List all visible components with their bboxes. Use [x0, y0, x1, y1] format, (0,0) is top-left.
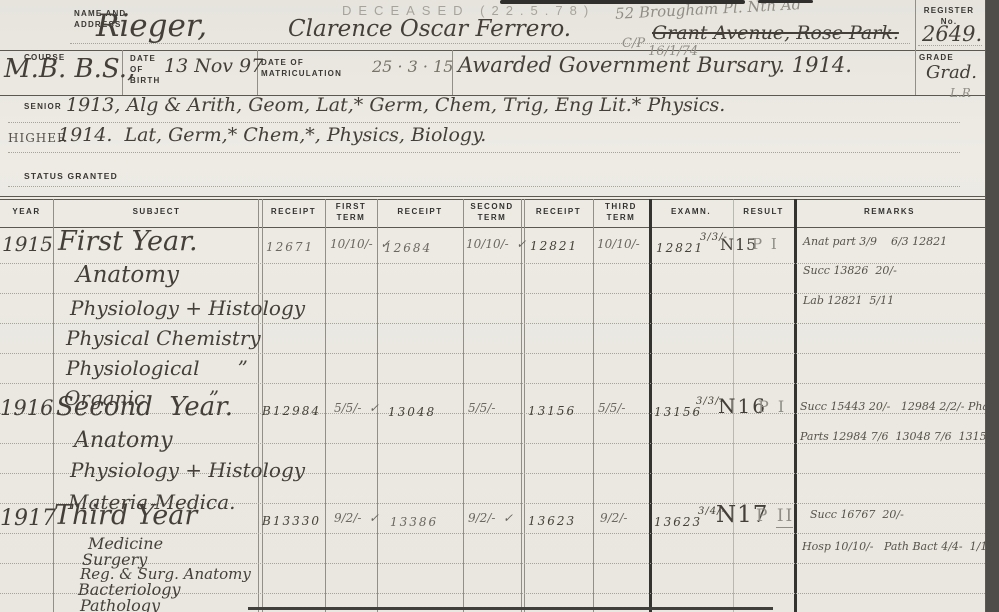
senior-subjects-handwritten: 1913, Alg & Arith, Geom, Lat,* Germ, Che… [66, 94, 725, 116]
column-divider [325, 199, 326, 612]
column-header-examn: Examn. [649, 206, 733, 217]
remarks-line: Succ 13826 20/- [803, 264, 897, 277]
receipt-value: 12684 [384, 241, 432, 255]
column-header-receipt: Receipt [262, 206, 325, 217]
status-granted-label: STATUS GRANTED [24, 171, 118, 182]
course-handwritten: M.B. B.S., [4, 54, 135, 84]
column-header-receipt: Receipt [524, 206, 593, 217]
column-header-third-term: Third Term [593, 201, 649, 223]
subject-line: Pathology [80, 596, 160, 612]
term-fee-value: 10/10/- ✓ [466, 237, 526, 251]
matriculation-label: DATE OF MATRICULATION [261, 57, 357, 79]
grade-handwritten: Grad. [926, 62, 977, 83]
scan-edge-bottom [248, 607, 773, 610]
column-divider [463, 199, 464, 612]
receipt-value: 12671 [266, 240, 314, 254]
result-pencil: P I [752, 235, 779, 253]
subject-line: Physical Chemistry [66, 326, 261, 350]
register-column-divider [915, 0, 916, 95]
rule-line [8, 152, 960, 153]
term-fee-value: 10/10/- ✓ [330, 237, 390, 251]
receipt-value: 13623 [528, 514, 576, 528]
column-header-subject: Subject [53, 206, 260, 217]
rule-line [0, 323, 985, 324]
column-divider-heavy [649, 199, 652, 612]
remarks-line: Parts 12984 7/6 13048 7/6 13156 7/6 [800, 430, 999, 443]
column-header-first-term: First Term [325, 201, 377, 223]
table-top-line [0, 199, 985, 200]
bursary-note: Awarded Government Bursary. 1914. [458, 53, 852, 77]
column-header-second-term: Second Term [463, 201, 521, 223]
term-fee-value: 5/5/- [598, 401, 625, 415]
surname-handwritten: Rieger, [96, 8, 207, 44]
receipt-value: B13330 [262, 514, 321, 528]
term-fee-value: 5/5/- ✓ [334, 401, 379, 415]
term-fee-value: 9/2/- ✓ [334, 511, 379, 525]
column-divider-heavy [794, 199, 797, 612]
remarks-line: Lab 12821 5/11 [803, 294, 894, 307]
column-divider [593, 199, 594, 612]
student-record-card: NAME AND ADDRESS Rieger, Clarence Oscar … [0, 0, 999, 612]
remarks-line: Hosp 10/10/- Path Bact 4/4- 1/1 13330 [802, 540, 999, 553]
result-pencil: P I [758, 397, 786, 416]
column-header-remarks: Remarks [794, 206, 985, 217]
subject-line: Physiology + Histology [70, 458, 305, 482]
rule-line [0, 383, 985, 384]
struck-address: Grant Avenue, Rose Park. [652, 22, 899, 44]
rule-line [8, 186, 960, 187]
subject-line: Physiological ” [66, 356, 248, 380]
receipt-value: 13048 [388, 405, 436, 419]
column-divider [521, 199, 522, 612]
year-value: 1917 [0, 506, 56, 531]
result-pencil: P II [756, 506, 794, 526]
examn-number: 12821 [656, 241, 704, 255]
year-value: 1916 [0, 396, 53, 420]
examn-number: 13623 [654, 515, 702, 529]
examn-number: 13156 [654, 405, 702, 419]
remarks-line: Succ 15443 20/- 12984 2/2/- Pharm [800, 400, 999, 413]
lr-note: L.R [950, 86, 971, 100]
receipt-value: 12821 [530, 239, 578, 253]
column-header-year: Year [0, 206, 53, 217]
receipt-value: 13156 [528, 404, 576, 418]
year-value: 1915 [2, 232, 53, 256]
remarks-line: Anat part 3/9 6/3 12821 [803, 235, 947, 248]
rule-line [0, 50, 985, 51]
subject-line: Anatomy [74, 428, 173, 453]
senior-label: SENIOR [24, 101, 62, 112]
column-divider [258, 199, 259, 612]
column-header-result: Result [733, 206, 794, 217]
cp-note: C/P [622, 36, 645, 51]
subject-line: Third Year [54, 500, 197, 531]
scan-artifact [758, 0, 813, 3]
subject-line: Physiology + Histology [70, 296, 305, 320]
result-underline [776, 527, 793, 528]
matriculation-date: 25 · 3 · 15 [372, 57, 453, 76]
receipt-value: B12984 [262, 404, 321, 418]
remarks-line: Succ 16767 20/- [810, 508, 904, 521]
dob-handwritten: 13 Nov 97 [164, 55, 263, 77]
receipt-value: 13386 [390, 515, 438, 529]
scan-artifact [500, 0, 745, 4]
term-fee-value: 10/10/- [597, 237, 640, 251]
column-divider [524, 199, 525, 612]
rule-line [8, 122, 960, 123]
subject-line: Second Year. [56, 392, 233, 422]
rule-line [0, 563, 985, 564]
subject-line: Anatomy [76, 262, 179, 288]
register-number: 2649. [922, 22, 982, 46]
column-header-receipt: Receipt [377, 206, 463, 217]
term-fee-value: 9/2/- ✓ [468, 511, 513, 525]
term-fee-value: 9/2/- [600, 511, 627, 525]
term-fee-value: 5/5/- [468, 401, 495, 415]
deceased-stamp: DECEASED (22.5.78) [342, 3, 595, 18]
scan-edge-right [986, 0, 999, 612]
table-top-line [0, 196, 985, 197]
dob-label: DATE OF BIRTH [130, 53, 166, 86]
rule-line [0, 353, 985, 354]
higher-subjects-handwritten: 1914. Lat, Germ,* Chem,*, Physics, Biolo… [58, 124, 486, 146]
subject-line: First Year. [58, 226, 198, 257]
given-names-handwritten: Clarence Oscar Ferrero. [288, 16, 571, 42]
